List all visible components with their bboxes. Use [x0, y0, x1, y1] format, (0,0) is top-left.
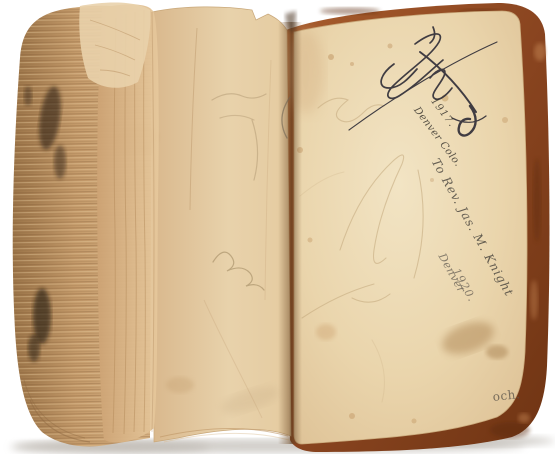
gutter-shadow — [278, 22, 302, 444]
crumpled-fold — [79, 3, 150, 88]
book-illustration — [0, 0, 555, 454]
book-photo: 1917. Denver Colo. To Rev. Jas. M. Knigh… — [0, 0, 555, 454]
